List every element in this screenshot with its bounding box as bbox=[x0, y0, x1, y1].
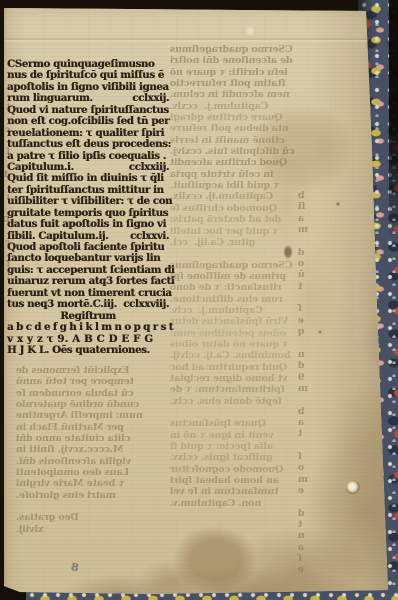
show-through-line: τ quid per hoc intelli bbox=[170, 226, 298, 237]
show-through-line: Quare ſpūsſanctus bbox=[170, 418, 298, 429]
show-through-mark: e bbox=[298, 315, 312, 326]
show-through-line: ſtatim poſt reſurrectio bbox=[170, 78, 298, 89]
show-through-mark: n bbox=[298, 349, 312, 360]
show-through-line: an homo habeat ſpiri bbox=[170, 475, 298, 486]
text-line: H J K L. Oēs quaterniones. bbox=[7, 345, 169, 356]
show-through-line: Deo gratias. bbox=[16, 512, 168, 523]
show-through-line: ſeptē donis eius. cclx. bbox=[170, 396, 298, 407]
show-through-mark: a bbox=[298, 213, 312, 224]
show-through-line: cū diſcipulis ſuis. ccxlvj. bbox=[170, 146, 298, 157]
show-through-mark bbox=[298, 292, 312, 303]
show-through-line: tumſanctum in ſe vel bbox=[170, 486, 298, 497]
show-through-mark: ſi bbox=[298, 201, 312, 212]
show-through-edge-strip: bſiamdoūtſeqnd9mbatſomedtnaſe bbox=[298, 190, 312, 576]
show-through-mark bbox=[298, 235, 312, 246]
show-through-line: oībus petentibus eum: bbox=[170, 328, 298, 339]
wax-drop bbox=[346, 481, 361, 496]
show-through-mark bbox=[298, 337, 312, 348]
show-through-line bbox=[170, 248, 298, 259]
show-through-mark: 9 bbox=[298, 372, 312, 383]
show-through-column-left: Expliciūt ſermones detempore per totū an… bbox=[16, 365, 168, 535]
line-text: tuſſanctus eſt deus procedens: bbox=[7, 139, 171, 150]
show-through-mark: t bbox=[298, 519, 312, 530]
show-through-line: de aſcenſione dn̄i noſtri bbox=[170, 55, 298, 66]
show-through-line: gitur. Ca.iij. ccl. bbox=[170, 237, 298, 248]
show-through-line: num: impreſſi Argentine bbox=[16, 410, 168, 421]
show-through-mark: d bbox=[298, 360, 312, 371]
show-through-line: det ad dexterā patris: bbox=[170, 214, 298, 225]
show-through-line: Quare chriſtus qdragi bbox=[170, 112, 298, 123]
line-text: uiſibiliter τ viſibiliter: τ de con bbox=[7, 196, 172, 207]
show-through-mark: b bbox=[298, 190, 312, 201]
show-through-mark bbox=[298, 394, 312, 405]
show-through-mark: m bbox=[298, 474, 312, 485]
show-through-line: Vtrū ſpūsſanctus detur bbox=[170, 316, 298, 327]
show-through-mark: m bbox=[298, 224, 312, 235]
show-through-line: Capitulum.j. ccxlv. bbox=[170, 101, 298, 112]
show-through-line: in celū virtute ppria bbox=[170, 169, 298, 180]
show-through-mark bbox=[298, 496, 312, 507]
show-through-column-right: CSermo quadrageſimusde aſcenſione dn̄i n… bbox=[170, 44, 298, 509]
show-through-mark: a bbox=[298, 542, 312, 553]
show-through-line: xlviij. bbox=[16, 524, 168, 535]
show-through-line: CSermo quadrageſimus bbox=[170, 260, 298, 271]
show-through-line: hominibus. Ca.ij. cclvij. bbox=[170, 350, 298, 361]
show-through-line: per Martinū Flach in bbox=[16, 422, 168, 433]
show-through-line: Quomodo cognoſcitur bbox=[170, 464, 298, 475]
show-through-mark: n bbox=[298, 530, 312, 541]
show-through-mark: q bbox=[298, 326, 312, 337]
show-through-line bbox=[170, 407, 298, 418]
show-through-line: Capitulum.j. cclv. bbox=[170, 305, 298, 316]
show-through-mark: o bbox=[298, 258, 312, 269]
line-text: datus fuit apoſtolis in ſigno vi bbox=[7, 219, 166, 230]
show-through-mark: e bbox=[298, 564, 312, 575]
show-through-mark: e bbox=[298, 485, 312, 496]
book-page: CSermo quadrageſimusde aſcenſione dn̄i n… bbox=[0, 0, 398, 600]
text-line: datus fuit apoſtolis in ſigno vi bbox=[7, 219, 169, 230]
folio-number: cclxxviij. bbox=[123, 299, 169, 310]
show-through-line: ieſu chriſti: τ quare nō bbox=[170, 67, 298, 78]
show-through-line: vt homo digne recipiat bbox=[170, 373, 298, 384]
show-through-mark bbox=[298, 440, 312, 451]
show-through-line: clita ciuitate anno dn̄i bbox=[16, 433, 168, 444]
show-through-line: Expliciūt ſermones de bbox=[16, 365, 168, 376]
show-through-mark: a bbox=[298, 417, 312, 428]
text-line: a b c d e f g h i k l m n o p q r s t bbox=[7, 322, 169, 333]
show-through-mark: ſ bbox=[298, 451, 312, 462]
show-through-mark: o bbox=[298, 462, 312, 473]
show-through-line: τ quid ſibi acquiſiuit. bbox=[170, 180, 298, 191]
show-through-line: nta diebus poſt reſurre bbox=[170, 123, 298, 134]
show-through-line: alia ſpecie: τ quid ſi bbox=[170, 441, 298, 452]
show-through-line: venit in igne τ nō in bbox=[170, 430, 298, 441]
show-through-mark: m bbox=[298, 383, 312, 394]
show-through-line: Quod chriſtus aſcendit bbox=[170, 157, 298, 168]
show-through-line: cundū ordinē quaternio bbox=[16, 399, 168, 410]
show-through-line: nem aſcendit in celum. bbox=[170, 89, 298, 100]
show-through-line: Quomodo chriſtus ſe bbox=[170, 203, 298, 214]
line-text: tus neq3 mortē.C.iij. bbox=[7, 299, 117, 310]
show-through-mark: ſ bbox=[298, 553, 312, 564]
show-through-line: M.cccc.xcvij. finiti in bbox=[16, 444, 168, 455]
show-through-mark: b bbox=[298, 406, 312, 417]
show-through-line: tempore per totū annū bbox=[16, 376, 168, 387]
show-through-mark: ſ bbox=[298, 303, 312, 314]
show-through-line: Quid requiritur ad hoc bbox=[170, 362, 298, 373]
text-line: tuſſanctus eſt deus procedens: bbox=[7, 139, 169, 150]
show-through-line: cū tabula eorundem ſe bbox=[16, 388, 168, 399]
show-through-mark: d bbox=[298, 247, 312, 258]
ink-doodle: 8 bbox=[70, 560, 80, 574]
show-through-mark: ū bbox=[298, 269, 312, 280]
show-through-line: rum eius diſtinctione. bbox=[170, 294, 298, 305]
show-through-line: vigilia aſcenſionis dn̄i. bbox=[16, 456, 168, 467]
show-through-line: ctionē manſit in terris bbox=[170, 135, 298, 146]
show-through-line: Laus deo omnipotenti bbox=[16, 467, 168, 478]
show-through-line: τ beate Marie virgini bbox=[16, 478, 168, 489]
board-edge-shadow bbox=[389, 0, 398, 240]
show-through-line: primus de miſſione ſpi bbox=[170, 271, 298, 282]
show-through-line: τ quare nō datur oībus bbox=[170, 339, 298, 350]
book-scan: CSermo quadrageſimusde aſcenſione dn̄i n… bbox=[0, 0, 398, 600]
show-through-line: matri eius glorioſe. bbox=[16, 490, 168, 501]
show-through-mark: t bbox=[298, 281, 312, 292]
printed-text-column: CSermo quinquageſimusno nus de ſpirituſc… bbox=[7, 59, 169, 356]
show-through-line: Capitulum.ij. ccxlix. bbox=[170, 191, 298, 202]
line-text: a b c d e f g h i k l m n o p q r s t bbox=[7, 322, 173, 333]
show-through-line: gnificat ignis. cclxv. bbox=[170, 452, 298, 463]
show-through-line: ritusſancti: τ de dono bbox=[170, 282, 298, 293]
line-text: non eſt cog.oſcibilis ſed tn̄ per bbox=[7, 116, 169, 127]
show-through-line: non. Capitulum.v. bbox=[170, 498, 298, 509]
show-through-line bbox=[16, 501, 168, 512]
show-through-mark: d bbox=[298, 508, 312, 519]
line-text: H J K L. Oēs quaterniones. bbox=[7, 345, 150, 356]
show-through-line: CSermo quadrageſimus bbox=[170, 44, 298, 55]
text-line: uiſibiliter τ viſibiliter: τ de con bbox=[7, 196, 169, 207]
text-line: tus neq3 mortē.C.iij. cclxxviij. bbox=[7, 299, 169, 310]
show-through-line: ſpiritumſanctum: τ de bbox=[170, 384, 298, 395]
show-through-mark: t bbox=[298, 428, 312, 439]
text-line: non eſt cog.oſcibilis ſed tn̄ per bbox=[7, 116, 169, 127]
